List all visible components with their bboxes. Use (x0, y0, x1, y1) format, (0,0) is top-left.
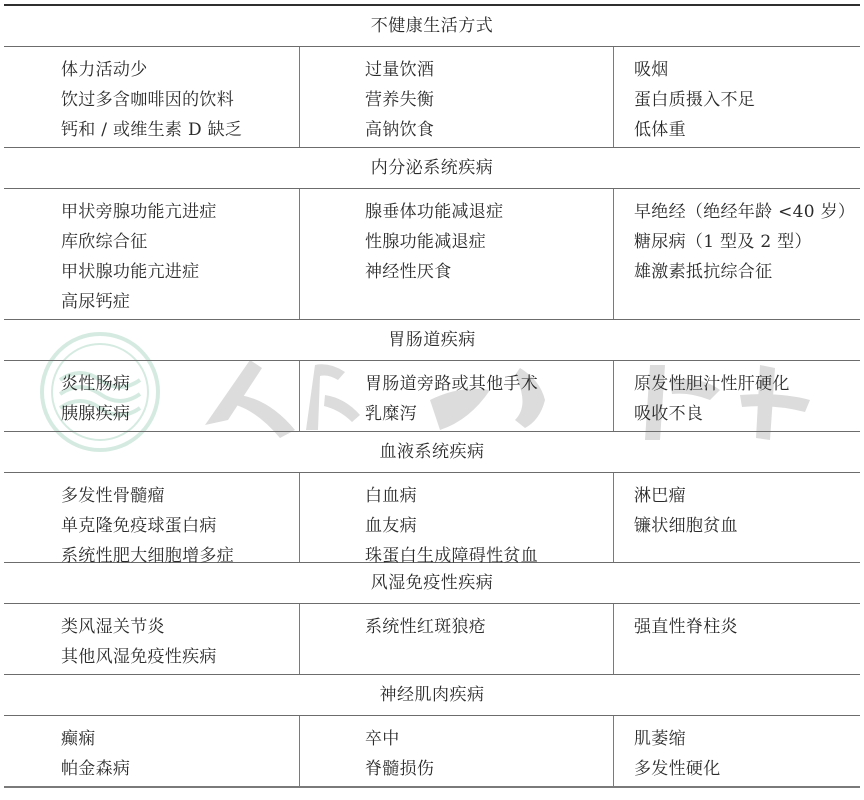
column-3: 原发性胆汁性肝硬化 吸收不良 (614, 361, 860, 431)
list-item: 饮过多含咖啡因的饮料 (61, 85, 299, 115)
section-body: 多发性骨髓瘤 单克隆免疫球蛋白病 系统性肥大细胞增多症 白血病 血友病 珠蛋白生… (4, 473, 860, 563)
column-1: 甲状旁腺功能亢进症 库欣综合征 甲状腺功能亢进症 高尿钙症 (4, 189, 300, 319)
column-2: 腺垂体功能减退症 性腺功能减退症 神经性厌食 (300, 189, 614, 319)
column-2: 白血病 血友病 珠蛋白生成障碍性贫血 (300, 473, 614, 562)
section-header: 不健康生活方式 (4, 6, 860, 47)
list-item: 甲状腺功能亢进症 (61, 257, 299, 287)
list-item: 低体重 (634, 115, 860, 145)
list-item: 吸烟 (634, 55, 860, 85)
list-item: 淋巴瘤 (634, 481, 860, 511)
column-3: 强直性脊柱炎 (614, 604, 860, 674)
list-item: 吸收不良 (634, 399, 860, 429)
column-2: 系统性红斑狼疮 (300, 604, 614, 674)
section-body: 体力活动少 饮过多含咖啡因的饮料 钙和 / 或维生素 D 缺乏 过量饮酒 营养失… (4, 47, 860, 148)
list-item: 炎性肠病 (61, 369, 299, 399)
list-item: 胰腺疾病 (61, 399, 299, 429)
list-item: 乳糜泻 (365, 399, 613, 429)
list-item: 癫痫 (61, 724, 299, 754)
list-item: 原发性胆汁性肝硬化 (634, 369, 860, 399)
list-item: 强直性脊柱炎 (634, 612, 860, 642)
list-item: 营养失衡 (365, 85, 613, 115)
list-item: 过量饮酒 (365, 55, 613, 85)
list-item: 单克隆免疫球蛋白病 (61, 511, 299, 541)
list-item: 蛋白质摄入不足 (634, 85, 860, 115)
document-page: 不健康生活方式 体力活动少 饮过多含咖啡因的饮料 钙和 / 或维生素 D 缺乏 … (0, 0, 864, 800)
list-item: 卒中 (365, 724, 613, 754)
column-3: 早绝经（绝经年龄 <40 岁） 糖尿病（1 型及 2 型） 雄激素抵抗综合征 (614, 189, 860, 319)
list-item: 高尿钙症 (61, 287, 299, 317)
section-rheumatic: 风湿免疫性疾病 类风湿关节炎 其他风湿免疫性疾病 系统性红斑狼疮 强直性脊柱炎 (4, 563, 860, 675)
column-1: 癫痫 帕金森病 (4, 716, 300, 786)
column-2: 卒中 脊髓损伤 (300, 716, 614, 786)
list-item: 体力活动少 (61, 55, 299, 85)
list-item: 系统性肥大细胞增多症 (61, 541, 299, 571)
section-header: 内分泌系统疾病 (4, 148, 860, 189)
list-item: 类风湿关节炎 (61, 612, 299, 642)
column-2: 胃肠道旁路或其他手术 乳糜泻 (300, 361, 614, 431)
section-endocrine: 内分泌系统疾病 甲状旁腺功能亢进症 库欣综合征 甲状腺功能亢进症 高尿钙症 腺垂… (4, 148, 860, 320)
list-item: 雄激素抵抗综合征 (634, 257, 860, 287)
section-header: 胃肠道疾病 (4, 320, 860, 361)
list-item: 钙和 / 或维生素 D 缺乏 (61, 115, 299, 145)
risk-factors-table: 不健康生活方式 体力活动少 饮过多含咖啡因的饮料 钙和 / 或维生素 D 缺乏 … (4, 4, 860, 788)
column-3: 淋巴瘤 镰状细胞贫血 (614, 473, 860, 562)
list-item: 系统性红斑狼疮 (365, 612, 613, 642)
list-item: 脊髓损伤 (365, 754, 613, 784)
column-2: 过量饮酒 营养失衡 高钠饮食 (300, 47, 614, 147)
section-lifestyle: 不健康生活方式 体力活动少 饮过多含咖啡因的饮料 钙和 / 或维生素 D 缺乏 … (4, 6, 860, 148)
section-body: 癫痫 帕金森病 卒中 脊髓损伤 肌萎缩 多发性硬化 (4, 716, 860, 788)
list-item: 库欣综合征 (61, 227, 299, 257)
section-body: 类风湿关节炎 其他风湿免疫性疾病 系统性红斑狼疮 强直性脊柱炎 (4, 604, 860, 675)
section-header: 血液系统疾病 (4, 432, 860, 473)
section-body: 炎性肠病 胰腺疾病 胃肠道旁路或其他手术 乳糜泻 原发性胆汁性肝硬化 吸收不良 (4, 361, 860, 432)
section-header: 神经肌肉疾病 (4, 675, 860, 716)
list-item: 其他风湿免疫性疾病 (61, 642, 299, 672)
list-item: 糖尿病（1 型及 2 型） (634, 227, 860, 257)
column-1: 炎性肠病 胰腺疾病 (4, 361, 300, 431)
column-1: 多发性骨髓瘤 单克隆免疫球蛋白病 系统性肥大细胞增多症 (4, 473, 300, 562)
section-neuromuscular: 神经肌肉疾病 癫痫 帕金森病 卒中 脊髓损伤 肌萎缩 多发性硬化 (4, 675, 860, 788)
list-item: 性腺功能减退症 (365, 227, 613, 257)
list-item: 多发性硬化 (634, 754, 860, 784)
list-item: 早绝经（绝经年龄 <40 岁） (634, 197, 860, 227)
list-item: 神经性厌食 (365, 257, 613, 287)
column-1: 类风湿关节炎 其他风湿免疫性疾病 (4, 604, 300, 674)
list-item: 白血病 (365, 481, 613, 511)
list-item: 腺垂体功能减退症 (365, 197, 613, 227)
section-body: 甲状旁腺功能亢进症 库欣综合征 甲状腺功能亢进症 高尿钙症 腺垂体功能减退症 性… (4, 189, 860, 320)
section-hematologic: 血液系统疾病 多发性骨髓瘤 单克隆免疫球蛋白病 系统性肥大细胞增多症 白血病 血… (4, 432, 860, 563)
list-item: 甲状旁腺功能亢进症 (61, 197, 299, 227)
list-item: 高钠饮食 (365, 115, 613, 145)
section-gastrointestinal: 胃肠道疾病 炎性肠病 胰腺疾病 胃肠道旁路或其他手术 乳糜泻 原发性胆汁性肝硬化… (4, 320, 860, 432)
list-item: 肌萎缩 (634, 724, 860, 754)
list-item: 胃肠道旁路或其他手术 (365, 369, 613, 399)
column-3: 肌萎缩 多发性硬化 (614, 716, 860, 786)
column-1: 体力活动少 饮过多含咖啡因的饮料 钙和 / 或维生素 D 缺乏 (4, 47, 300, 147)
list-item: 镰状细胞贫血 (634, 511, 860, 541)
column-3: 吸烟 蛋白质摄入不足 低体重 (614, 47, 860, 147)
list-item: 血友病 (365, 511, 613, 541)
list-item: 帕金森病 (61, 754, 299, 784)
list-item: 多发性骨髓瘤 (61, 481, 299, 511)
